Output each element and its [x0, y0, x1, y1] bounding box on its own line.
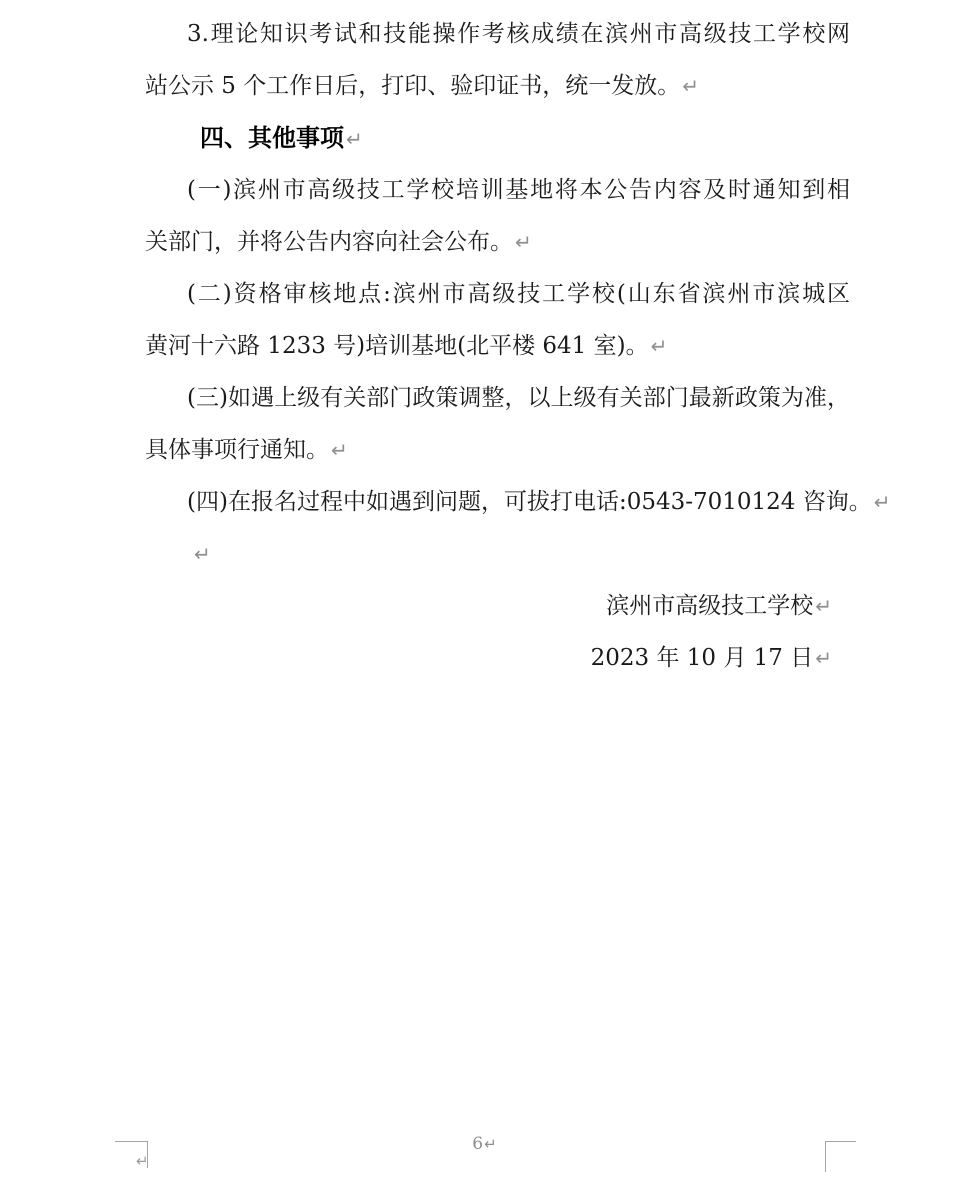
body-line: (三)如遇上级有关部门政策调整，以上级有关部门最新政策为准， [145, 372, 850, 424]
date-text: 2023 年 10 月 17 日 [591, 645, 814, 671]
paragraph-text: 黄河十六路 1233 号)培训基地(北平楼 641 室)。 [145, 333, 649, 359]
signature-line: 滨州市高级技工学校↵ [145, 580, 850, 632]
body-line: (二)资格审核地点:滨州市高级技工学校(山东省滨州市滨城区 [145, 268, 850, 320]
document-page: 3.理论知识考试和技能操作考核成绩在滨州市高级技工学校网 站公示 5 个工作日后… [0, 0, 969, 1182]
body-line: 黄河十六路 1233 号)培训基地(北平楼 641 室)。↵ [145, 320, 850, 372]
body-line: 3.理论知识考试和技能操作考核成绩在滨州市高级技工学校网 [145, 8, 850, 60]
pilcrow-mark: ↵ [194, 542, 211, 566]
paragraph-text: (三)如遇上级有关部门政策调整，以上级有关部门最新政策为准， [187, 385, 850, 411]
body-line: (四)在报名过程中如遇到问题，可拔打电话:0543-7010124 咨询。↵ [145, 476, 850, 528]
pilcrow-mark: ↵ [815, 646, 832, 670]
pilcrow-mark: ↵ [515, 230, 532, 254]
heading-text: 四、其他事项 [200, 124, 344, 152]
body-line: 站公示 5 个工作日后，打印、验印证书，统一发放。↵ [145, 60, 850, 112]
pilcrow-mark: ↵ [874, 490, 891, 514]
paragraph-text: 关部门，并将公告内容向社会公布。 [145, 229, 513, 255]
pilcrow-mark: ↵ [484, 1135, 497, 1153]
page-number-text: 6 [472, 1134, 483, 1154]
empty-paragraph: ↵ [145, 528, 850, 580]
signature-date-line: 2023 年 10 月 17 日↵ [145, 632, 850, 684]
pilcrow-mark: ↵ [346, 127, 363, 151]
pilcrow-mark: ↵ [331, 438, 348, 462]
page-number: 6↵ [0, 1133, 969, 1155]
pilcrow-mark: ↵ [651, 334, 668, 358]
paragraph-text: 具体事项行通知。 [145, 437, 329, 463]
signature-text: 滨州市高级技工学校 [606, 593, 813, 619]
section-heading: 四、其他事项↵ [145, 112, 850, 164]
paragraph-text: 3.理论知识考试和技能操作考核成绩在滨州市高级技工学校网 [187, 21, 850, 47]
pilcrow-mark: ↵ [682, 74, 699, 98]
body-line: 具体事项行通知。↵ [145, 424, 850, 476]
body-line: 关部门，并将公告内容向社会公布。↵ [145, 216, 850, 268]
paragraph-text: 站公示 5 个工作日后，打印、验印证书，统一发放。 [145, 73, 680, 99]
paragraph-text: (四)在报名过程中如遇到问题，可拔打电话:0543-7010124 咨询。 [187, 489, 872, 515]
pilcrow-mark: ↵ [815, 594, 832, 618]
paragraph-text: (一)滨州市高级技工学校培训基地将本公告内容及时通知到相 [187, 177, 850, 203]
document-body: 3.理论知识考试和技能操作考核成绩在滨州市高级技工学校网 站公示 5 个工作日后… [145, 8, 850, 684]
paragraph-text: (二)资格审核地点:滨州市高级技工学校(山东省滨州市滨城区 [187, 281, 850, 307]
body-line: (一)滨州市高级技工学校培训基地将本公告内容及时通知到相 [145, 164, 850, 216]
